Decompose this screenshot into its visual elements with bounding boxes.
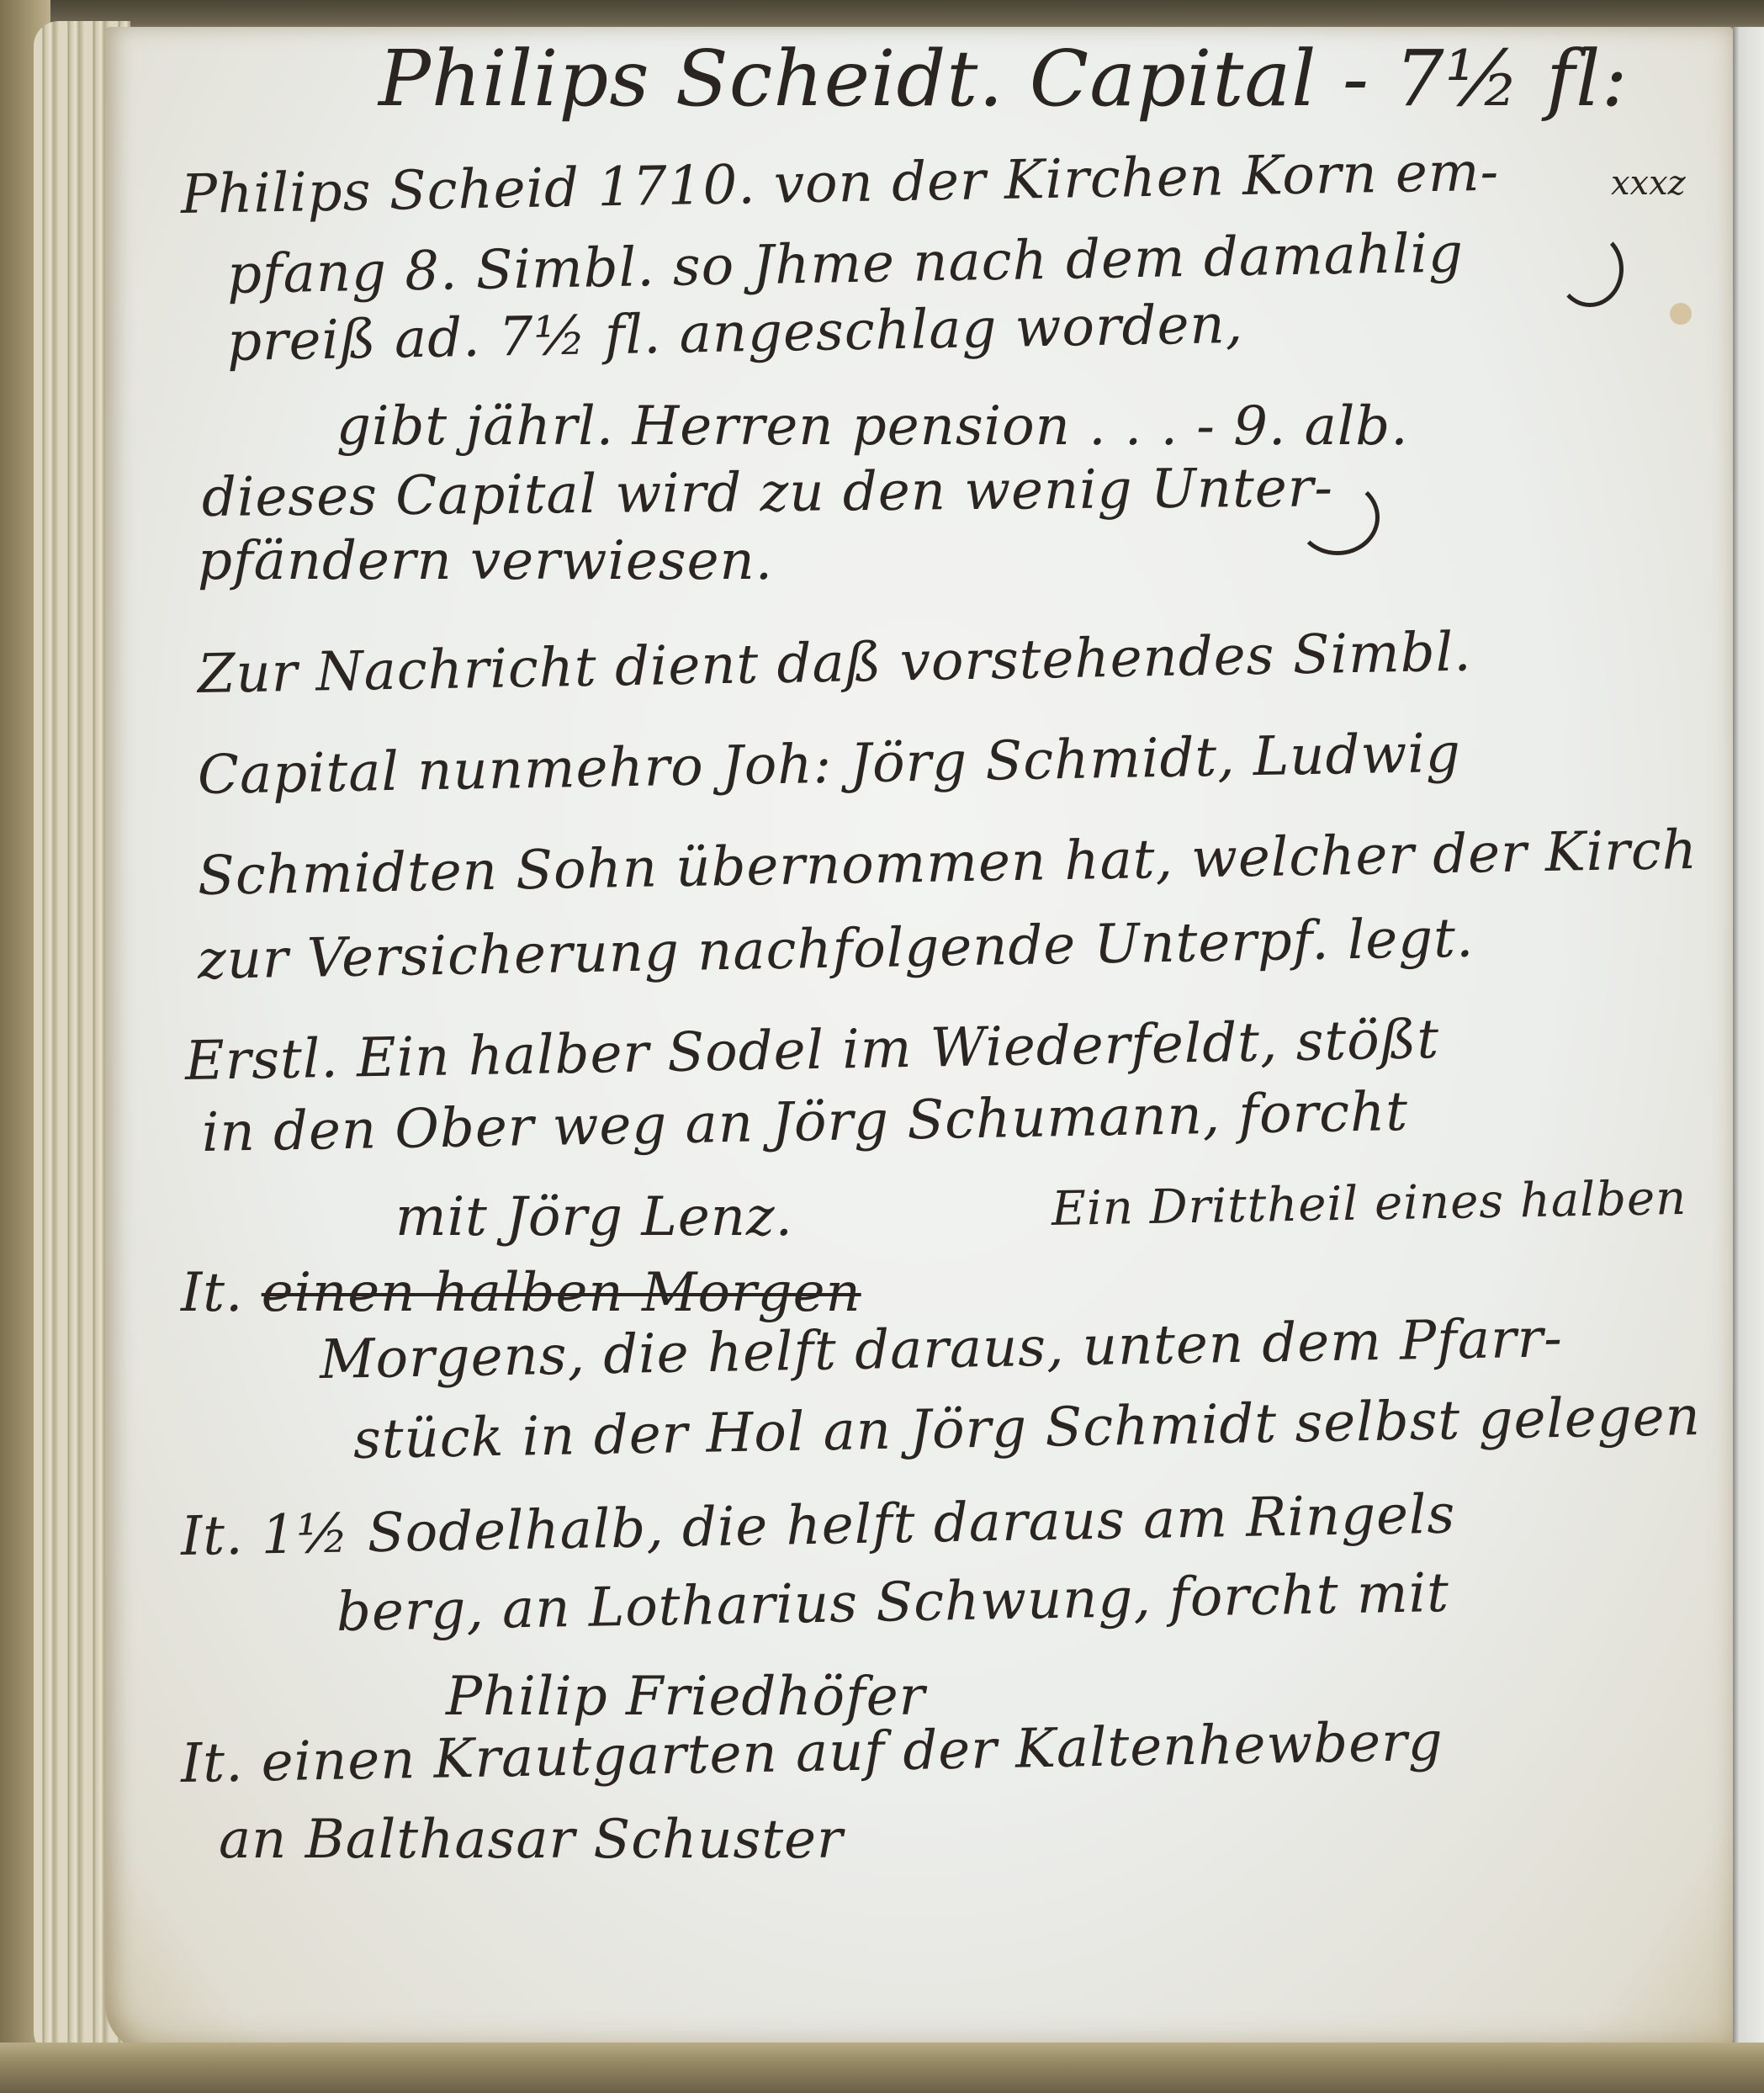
- manuscript-line: an Balthasar Schuster: [219, 1809, 844, 1871]
- flourish-mark: [1295, 480, 1380, 555]
- manuscript-line: Philip Friedhöfer: [446, 1666, 925, 1728]
- inserted-line: Ein Drittheil eines halben: [1051, 1171, 1687, 1237]
- next-page-edge: [1733, 27, 1764, 2063]
- manuscript-line-struck: It. einen halben Morgen: [181, 1262, 861, 1324]
- flourish-mark: [1556, 231, 1624, 307]
- item-marker: It.: [181, 1262, 262, 1324]
- manuscript-line: gibt jährl. Herren pension . . . - 9. al…: [336, 395, 1409, 458]
- paper-stain: [1670, 303, 1692, 325]
- manuscript-line: pfändern verwiesen.: [198, 530, 773, 592]
- page-title: Philips Scheidt. Capital - 7½ fl:: [379, 34, 1629, 124]
- manuscript-line: mit Jörg Lenz.: [395, 1186, 793, 1248]
- struck-text: einen halben Morgen: [262, 1262, 861, 1324]
- margin-note: xxxz: [1611, 164, 1686, 203]
- book-cover-bottom: [0, 2043, 1764, 2093]
- manuscript-line: dieses Capital wird zu den wenig Unter-: [202, 457, 1334, 529]
